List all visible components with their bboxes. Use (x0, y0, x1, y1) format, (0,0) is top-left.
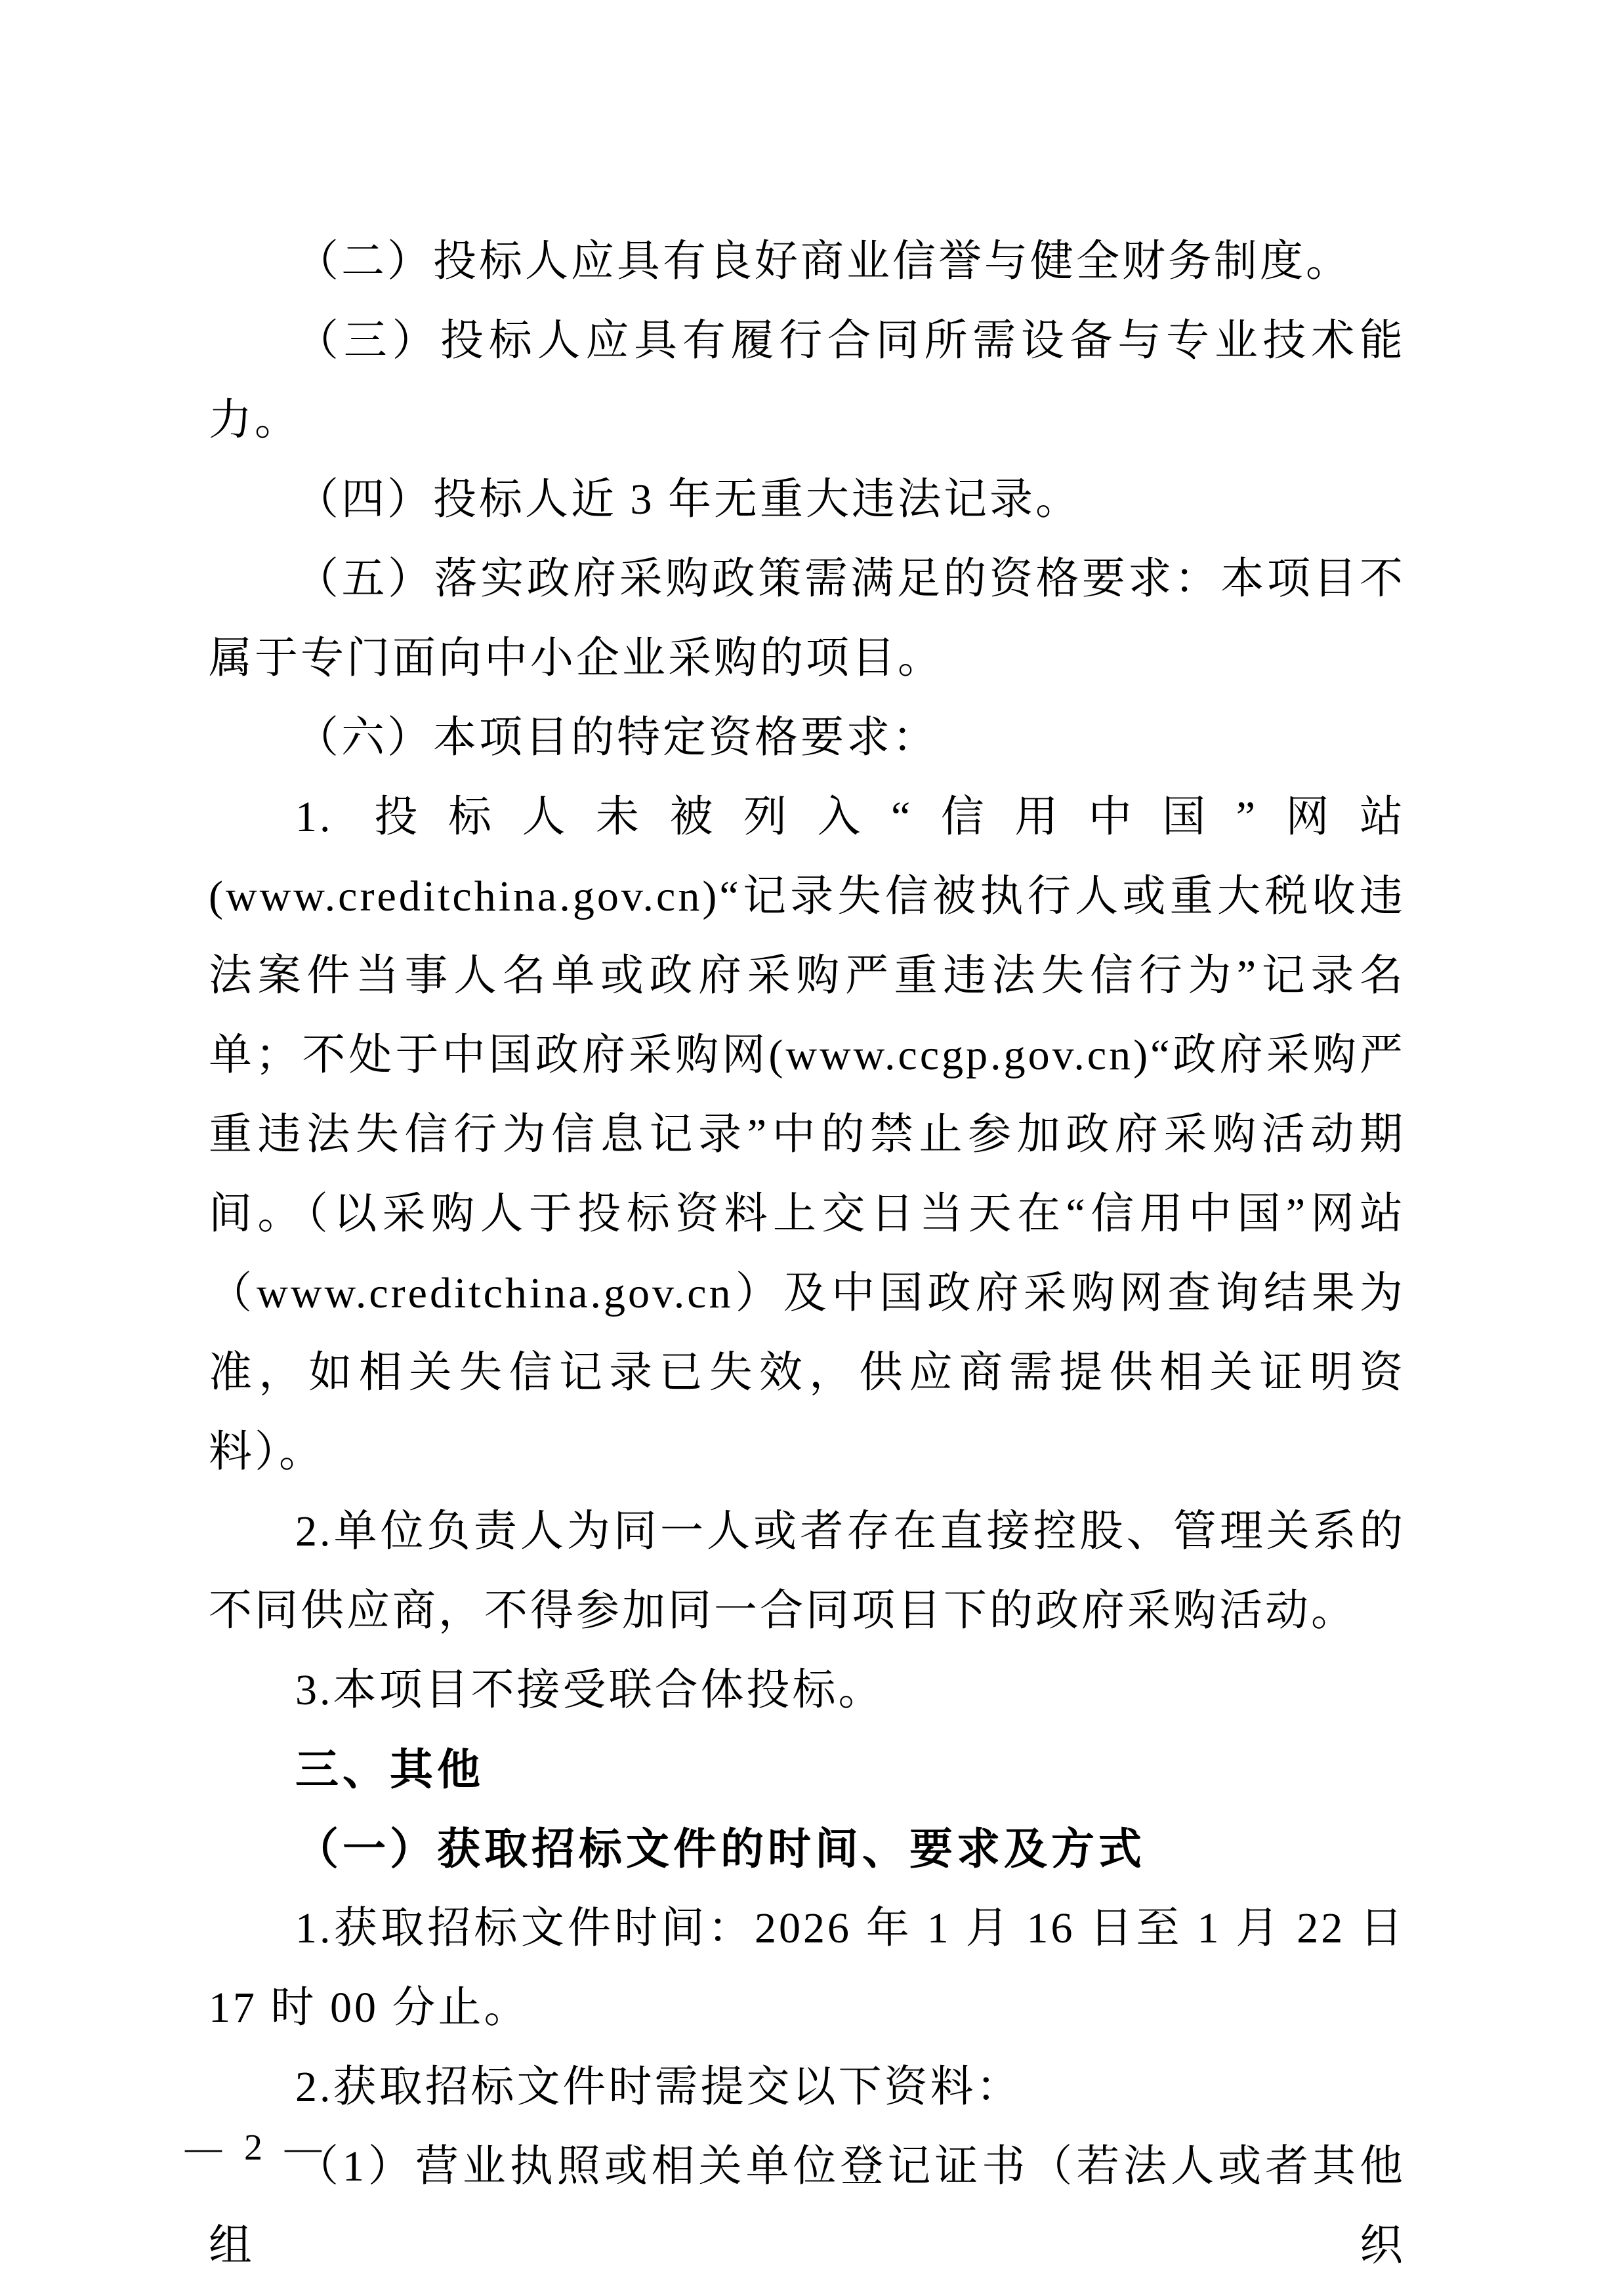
document-body: （二）投标人应具有良好商业信誉与健全财务制度。 （三）投标人应具有履行合同所需设… (209, 222, 1405, 2286)
item-1-credit-china: 1. 投标人未被列入“信用中国”网站(www.creditchina.gov.c… (209, 777, 1405, 1492)
clause-3-capability: （三）投标人应具有履行合同所需设备与专业技术能力。 (209, 301, 1405, 460)
clause-4-violations: （四）投标人近 3 年无重大违法记录。 (209, 460, 1405, 539)
item-2-required-materials: 2.获取招标文件时需提交以下资料： (209, 2047, 1405, 2127)
clause-6-specific: （六）本项目的特定资格要求： (209, 698, 1405, 777)
page-number: — 2 — (185, 2127, 328, 2169)
subsection-heading-obtain-documents: （一）获取招标文件的时间、要求及方式 (209, 1809, 1405, 1889)
item-1-obtain-time: 1.获取招标文件时间：2026 年 1 月 16 日至 1 月 22 日 17 … (209, 1889, 1405, 2047)
clause-2-credit: （二）投标人应具有良好商业信誉与健全财务制度。 (209, 222, 1405, 301)
clause-5-policy: （五）落实政府采购政策需满足的资格要求：本项目不属于专门面向中小企业采购的项目。 (209, 539, 1405, 698)
section-heading-other: 三、其他 (209, 1730, 1405, 1809)
document-page: （二）投标人应具有良好商业信誉与健全财务制度。 （三）投标人应具有履行合同所需设… (0, 0, 1622, 2296)
item-3-no-consortium: 3.本项目不接受联合体投标。 (209, 1650, 1405, 1730)
item-1-business-license: （1）营业执照或相关单位登记证书（若法人或者其他组织 (209, 2127, 1405, 2286)
item-2-same-person: 2.单位负责人为同一人或者存在直接控股、管理关系的不同供应商，不得参加同一合同项… (209, 1492, 1405, 1650)
